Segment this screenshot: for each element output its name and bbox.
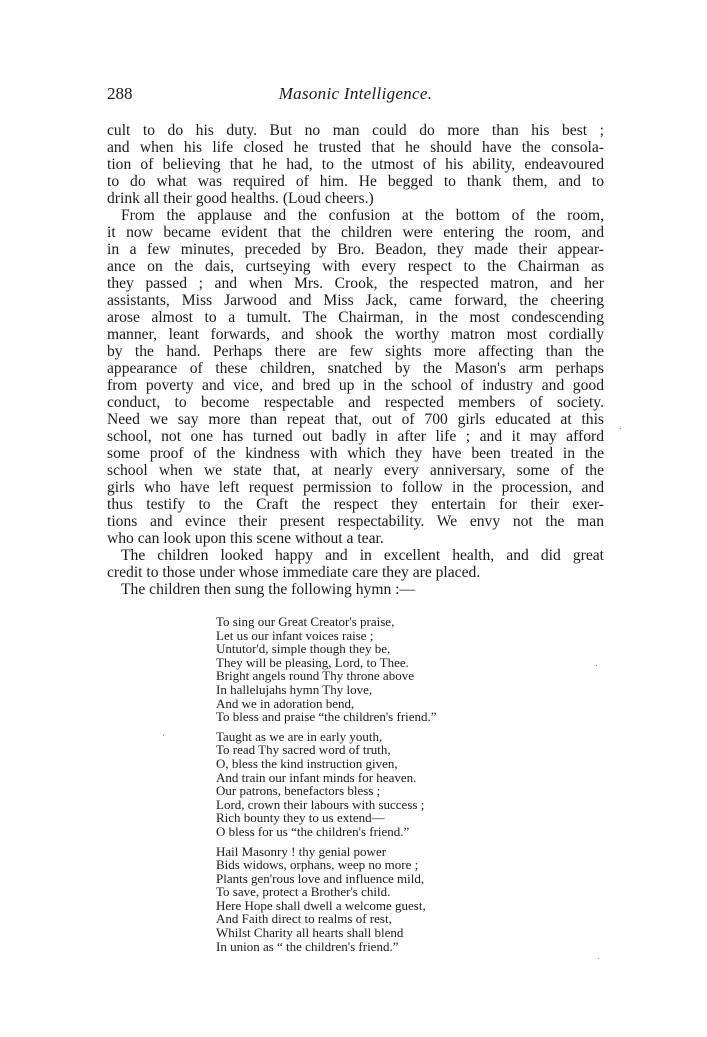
book-page: 288 Masonic Intelligence. cult to do his… <box>107 82 604 598</box>
body-line: The children then sung the following hym… <box>107 581 604 598</box>
hymn-line: In hallelujahs hymn Thy love, <box>216 683 437 697</box>
body-line: From the applause and the confusion at t… <box>107 207 604 224</box>
body-line: The children looked happy and in excelle… <box>107 547 604 564</box>
hymn-line: Let us our infant voices raise ; <box>216 629 437 643</box>
body-line: to do what was required of him. He begge… <box>107 173 604 190</box>
hymn-line: To bless and praise “the children's frie… <box>216 710 437 724</box>
body-line: school, not one has turned out badly in … <box>107 428 604 445</box>
hymn-line: Bids widows, orphans, weep no more ; <box>216 858 437 872</box>
body-line: arose almost to a tumult. The Chairman, … <box>107 309 604 326</box>
hymn-line: O bless for us “the children's friend.” <box>216 825 437 839</box>
scan-speck <box>163 735 164 736</box>
hymn: To sing our Great Creator's praise, Let … <box>216 615 437 959</box>
body-line: tions and evince their present respectab… <box>107 513 604 530</box>
body-line: some proof of the kindness with which th… <box>107 445 604 462</box>
body-line: by the hand. Perhaps there are few sight… <box>107 343 604 360</box>
hymn-line: Taught as we are in early youth, <box>216 730 437 744</box>
running-head: 288 Masonic Intelligence. <box>107 82 604 106</box>
hymn-line: O, bless the kind instruction given, <box>216 757 437 771</box>
hymn-line: Bright angels round Thy throne above <box>216 669 437 683</box>
body-line: credit to those under whose immediate ca… <box>107 564 604 581</box>
body-line: appearance of these children, snatched b… <box>107 360 604 377</box>
hymn-line: Here Hope shall dwell a welcome guest, <box>216 899 437 913</box>
hymn-line: Whilst Charity all hearts shall blend <box>216 926 437 940</box>
hymn-line: In union as “ the children's friend.” <box>216 940 437 954</box>
body-line: Need we say more than repeat that, out o… <box>107 411 604 428</box>
hymn-line: And Faith direct to realms of rest, <box>216 912 437 926</box>
scan-speck <box>596 665 597 666</box>
hymn-stanza-1: To sing our Great Creator's praise, Let … <box>216 615 437 724</box>
body-line: school when we state that, at nearly eve… <box>107 462 604 479</box>
hymn-line: To save, protect a Brother's child. <box>216 885 437 899</box>
hymn-line: To read Thy sacred word of truth, <box>216 743 437 757</box>
body-line: in a few minutes, preceded by Bro. Beado… <box>107 241 604 258</box>
body-line: assistants, Miss Jarwood and Miss Jack, … <box>107 292 604 309</box>
hymn-line: Our patrons, benefactors bless ; <box>216 784 437 798</box>
body-line: cult to do his duty. But no man could do… <box>107 122 604 139</box>
hymn-line: Hail Masonry ! thy genial power <box>216 845 437 859</box>
body-line: it now became evident that the children … <box>107 224 604 241</box>
body-line: thus testify to the Craft the respect th… <box>107 496 604 513</box>
hymn-line: And train our infant minds for heaven. <box>216 771 437 785</box>
hymn-line: And we in adoration bend, <box>216 697 437 711</box>
hymn-stanza-3: Hail Masonry ! thy genial power Bids wid… <box>216 845 437 954</box>
running-title: Masonic Intelligence. <box>107 82 604 106</box>
body-line: manner, leant forwards, and shook the wo… <box>107 326 604 343</box>
hymn-line: Lord, crown their labours with success ; <box>216 798 437 812</box>
scan-speck <box>620 428 621 429</box>
scan-speck <box>598 958 599 959</box>
hymn-line: Untutor'd, simple though they be, <box>216 642 437 656</box>
body-line: conduct, to become respectable and respe… <box>107 394 604 411</box>
hymn-line: To sing our Great Creator's praise, <box>216 615 437 629</box>
body-line: ance on the dais, curtseying with every … <box>107 258 604 275</box>
hymn-stanza-2: Taught as we are in early youth, To read… <box>216 730 437 839</box>
hymn-line: Rich bounty they to us extend— <box>216 811 437 825</box>
body-line: tion of believing that he had, to the ut… <box>107 156 604 173</box>
body-line: they passed ; and when Mrs. Crook, the r… <box>107 275 604 292</box>
body-line: drink all their good healths. (Loud chee… <box>107 190 604 207</box>
body-text: cult to do his duty. But no man could do… <box>107 122 604 598</box>
hymn-line: They will be pleasing, Lord, to Thee. <box>216 656 437 670</box>
body-line: from poverty and vice, and bred up in th… <box>107 377 604 394</box>
body-line: and when his life closed he trusted that… <box>107 139 604 156</box>
hymn-line: Plants gen'rous love and influence mild, <box>216 872 437 886</box>
body-line: who can look upon this scene without a t… <box>107 530 604 547</box>
body-line: girls who have left request permission t… <box>107 479 604 496</box>
